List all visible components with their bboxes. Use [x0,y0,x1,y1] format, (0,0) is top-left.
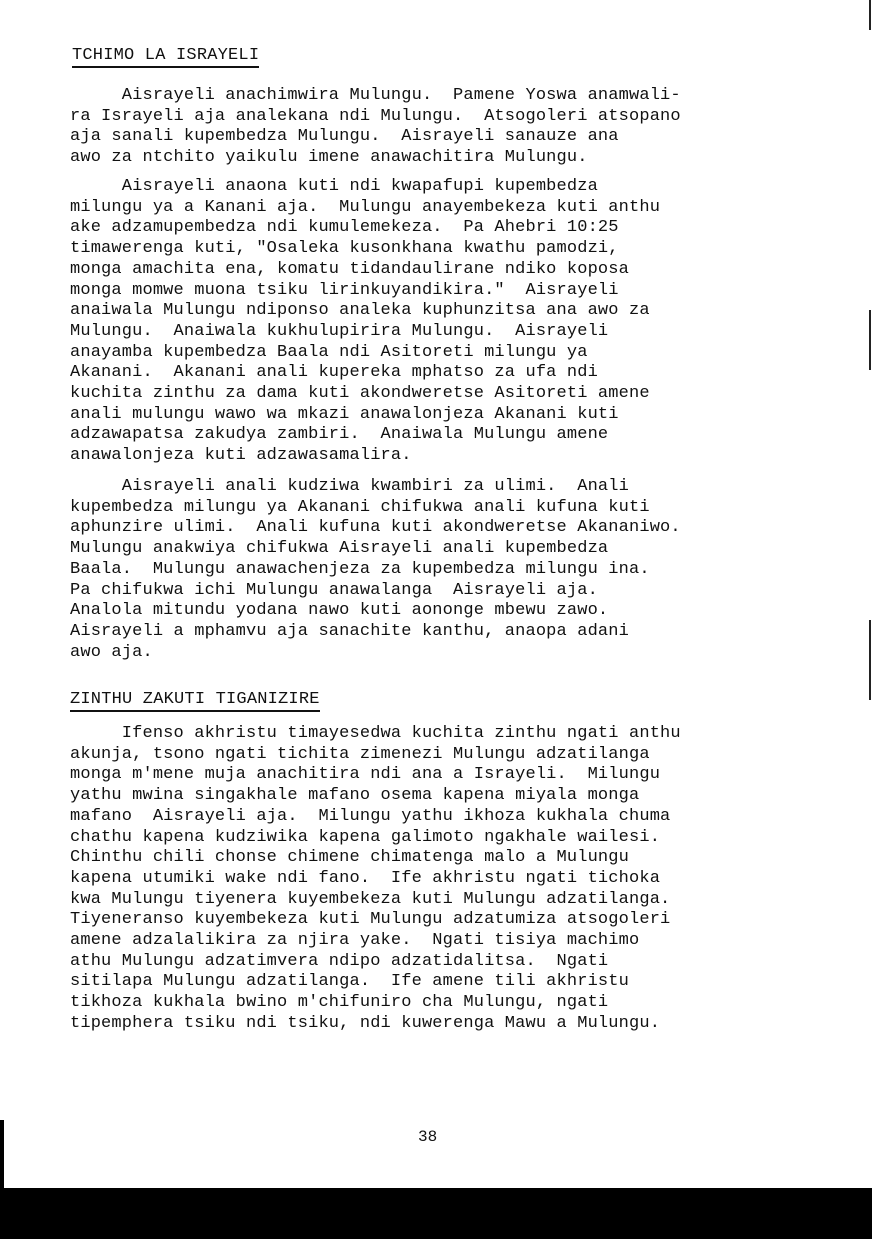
text-line: akunja, tsono ngati tichita zimenezi Mul… [70,745,681,766]
page-number: 38 [418,1128,437,1146]
text-line: monga m'mene muja anachitira ndi ana a I… [70,765,681,786]
text-line: awo aja. [70,643,681,664]
text-line: kupembedza milungu ya Akanani chifukwa a… [70,498,681,519]
text-line: Mulungu. Anaiwala kukhulupirira Mulungu.… [70,322,660,343]
text-line: Baala. Mulungu anawachenjeza za kupembed… [70,560,681,581]
text-line: aja sanali kupembedza Mulungu. Aisrayeli… [70,127,681,148]
section-heading-tchimo: TCHIMO LA ISRAYELI [72,46,259,68]
text-line: Tiyeneranso kuyembekeza kuti Mulungu adz… [70,910,681,931]
text-line: monga momwe muona tsiku lirinkuyandikira… [70,281,660,302]
paragraph-3: Aisrayeli anali kudziwa kwambiri za ulim… [70,477,681,663]
text-line: athu Mulungu adzatimvera ndipo adzatidal… [70,952,681,973]
text-line: Aisrayeli anachimwira Mulungu. Pamene Yo… [70,86,681,107]
text-line: yathu mwina singakhale mafano osema kape… [70,786,681,807]
text-line: kwa Mulungu tiyenera kuyembekeza kuti Mu… [70,890,681,911]
scan-edge-mark [869,620,871,700]
text-line: anayamba kupembedza Baala ndi Asitoreti … [70,343,660,364]
text-line: Ifenso akhristu timayesedwa kuchita zint… [70,724,681,745]
text-line: milungu ya a Kanani aja. Mulungu anayemb… [70,198,660,219]
paragraph-4: Ifenso akhristu timayesedwa kuchita zint… [70,724,681,1035]
text-line: mafano Aisrayeli aja. Milungu yathu ikho… [70,807,681,828]
text-line: monga amachita ena, komatu tidandauliran… [70,260,660,281]
text-line: anali mulungu wawo wa mkazi anawalonjeza… [70,405,660,426]
text-line: kapena utumiki wake ndi fano. Ife akhris… [70,869,681,890]
scan-border [0,1188,872,1239]
text-line: chathu kapena kudziwika kapena galimoto … [70,828,681,849]
text-line: anaiwala Mulungu ndiponso analeka kuphun… [70,301,660,322]
text-line: adzawapatsa zakudya zambiri. Anaiwala Mu… [70,425,660,446]
text-line: kuchita zinthu za dama kuti akondweretse… [70,384,660,405]
text-line: Analola mitundu yodana nawo kuti aononge… [70,601,681,622]
section-heading-zinthu: ZINTHU ZAKUTI TIGANIZIRE [70,690,320,712]
text-line: sitilapa Mulungu adzatilanga. Ife amene … [70,972,681,993]
text-line: amene adzalalikira za njira yake. Ngati … [70,931,681,952]
document-page: TCHIMO LA ISRAYELI Aisrayeli anachimwira… [0,0,872,1188]
text-line: timawerenga kuti, "Osaleka kusonkhana kw… [70,239,660,260]
scan-edge-mark [869,310,871,370]
text-line: Aisrayeli anali kudziwa kwambiri za ulim… [70,477,681,498]
text-line: Akanani. Akanani anali kupereka mphatso … [70,363,660,384]
text-line: tikhoza kukhala bwino m'chifuniro cha Mu… [70,993,681,1014]
text-line: Chinthu chili chonse chimene chimatenga … [70,848,681,869]
text-line: Pa chifukwa ichi Mulungu anawalanga Aisr… [70,581,681,602]
text-line: tipemphera tsiku ndi tsiku, ndi kuwereng… [70,1014,681,1035]
scan-edge-mark [0,1120,4,1188]
text-line: ra Israyeli aja analekana ndi Mulungu. A… [70,107,681,128]
paragraph-1: Aisrayeli anachimwira Mulungu. Pamene Yo… [70,86,681,169]
scan-edge-mark [869,0,871,30]
text-line: Aisrayeli a mphamvu aja sanachite kanthu… [70,622,681,643]
text-line: aphunzire ulimi. Anali kufuna kuti akond… [70,518,681,539]
text-line: awo za ntchito yaikulu imene anawachitir… [70,148,681,169]
text-line: Mulungu anakwiya chifukwa Aisrayeli anal… [70,539,681,560]
text-line: Aisrayeli anaona kuti ndi kwapafupi kupe… [70,177,660,198]
text-line: anawalonjeza kuti adzawasamalira. [70,446,660,467]
text-line: ake adzamupembedza ndi kumulemekeza. Pa … [70,218,660,239]
paragraph-2: Aisrayeli anaona kuti ndi kwapafupi kupe… [70,177,660,467]
